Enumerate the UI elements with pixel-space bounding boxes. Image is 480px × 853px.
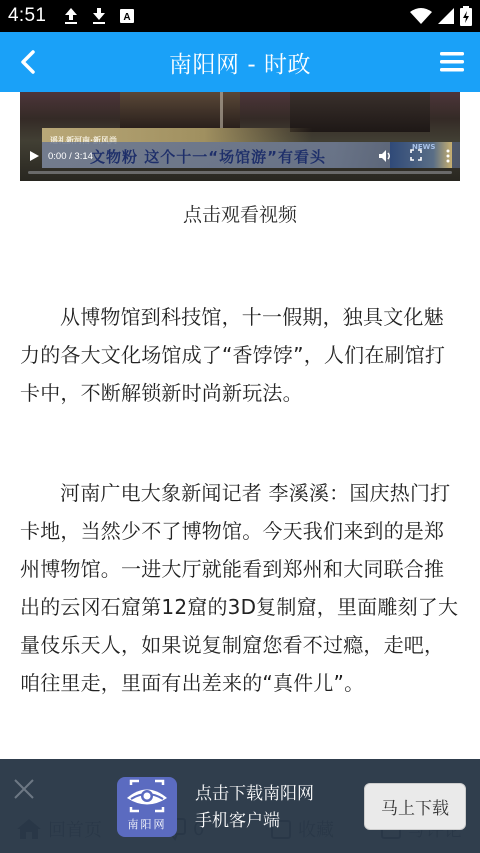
fullscreen-icon[interactable]: [410, 149, 422, 161]
wifi-icon: [410, 8, 432, 24]
video-scene-shape: [290, 92, 430, 132]
keyboard-a-icon: A: [120, 9, 134, 23]
status-bar: 4:51 A: [0, 0, 480, 32]
page-title: 南阳网 - 时政: [169, 46, 311, 79]
video-progress-bar[interactable]: [28, 171, 452, 174]
download-now-button[interactable]: 马上下载: [364, 783, 466, 830]
chevron-left-icon: [19, 49, 37, 75]
video-time: 0:00 / 3:14: [48, 151, 93, 162]
video-scene-shape: [220, 92, 223, 128]
download-app-banner: 南阳网 点击下载南阳网 手机客户端 马上下载: [0, 759, 480, 853]
play-icon[interactable]: [28, 150, 40, 162]
eye-logo-icon: [117, 777, 177, 819]
volume-icon[interactable]: [378, 149, 392, 163]
more-vert-icon[interactable]: [444, 148, 452, 164]
battery-charging-icon: [460, 6, 472, 26]
signal-icon: [438, 8, 454, 24]
svg-text:A: A: [124, 12, 131, 23]
status-time: 4:51: [8, 5, 46, 27]
status-notification-icons: A: [64, 7, 134, 25]
download-prompt-line2: 手机客户端: [195, 808, 314, 835]
video-controls: 0:00 / 3:14: [20, 144, 460, 168]
watch-video-link[interactable]: 点击观看视频: [0, 200, 480, 227]
hamburger-menu-icon: [438, 50, 466, 74]
download-prompt-line1: 点击下载南阳网: [195, 781, 314, 808]
upload-icon: [64, 7, 78, 25]
download-icon: [92, 7, 106, 25]
status-system-icons: [410, 6, 472, 26]
back-button[interactable]: [14, 48, 42, 76]
close-icon: [12, 777, 36, 801]
close-banner-button[interactable]: [12, 777, 36, 801]
article-paragraph: 河南广电大象新闻记者 李溪溪：国庆热门打卡地，当然少不了博物馆。今天我们来到的是…: [20, 474, 460, 702]
app-logo: 南阳网: [117, 777, 177, 837]
app-logo-label: 南阳网: [117, 816, 177, 832]
menu-button[interactable]: [438, 50, 466, 74]
video-player[interactable]: 遥礼新河南·新风尚 文物粉 这个十一“场馆游”有看头 NEWS 0:00 / 3…: [20, 92, 460, 181]
download-prompt: 点击下载南阳网 手机客户端: [195, 781, 314, 835]
article-paragraph: 从博物馆到科技馆，十一假期，独具文化魅力的各大文化场馆成了“香饽饽”，人们在刷馆…: [20, 298, 460, 412]
video-overlay-subtitle: 遥礼新河南·新风尚: [42, 128, 312, 142]
app-header: 南阳网 - 时政: [0, 32, 480, 92]
